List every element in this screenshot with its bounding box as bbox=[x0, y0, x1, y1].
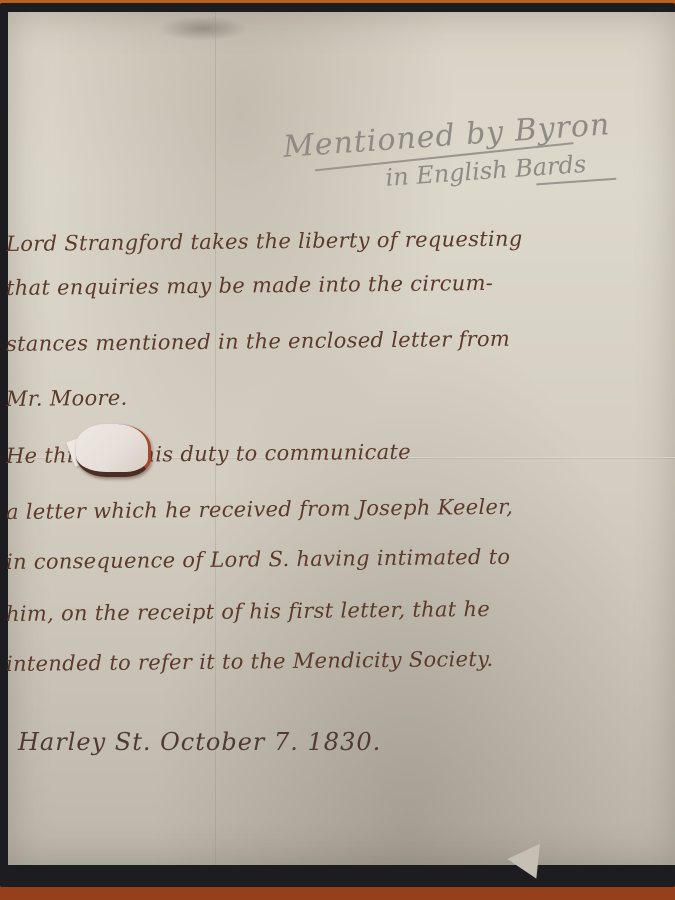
letter-line: Mr. Moore. bbox=[6, 386, 128, 411]
date-line: Harley St. October 7. 1830. bbox=[18, 728, 381, 756]
table-edge bbox=[0, 887, 675, 900]
wax-seal-remnant bbox=[76, 424, 151, 477]
letter-line: him, on the receipt of his first letter,… bbox=[6, 597, 490, 626]
letter-line: intended to refer it to the Mendicity So… bbox=[6, 647, 494, 676]
letter-line: that enquiries may be made into the circ… bbox=[6, 271, 493, 300]
smudge-stain bbox=[158, 16, 248, 41]
